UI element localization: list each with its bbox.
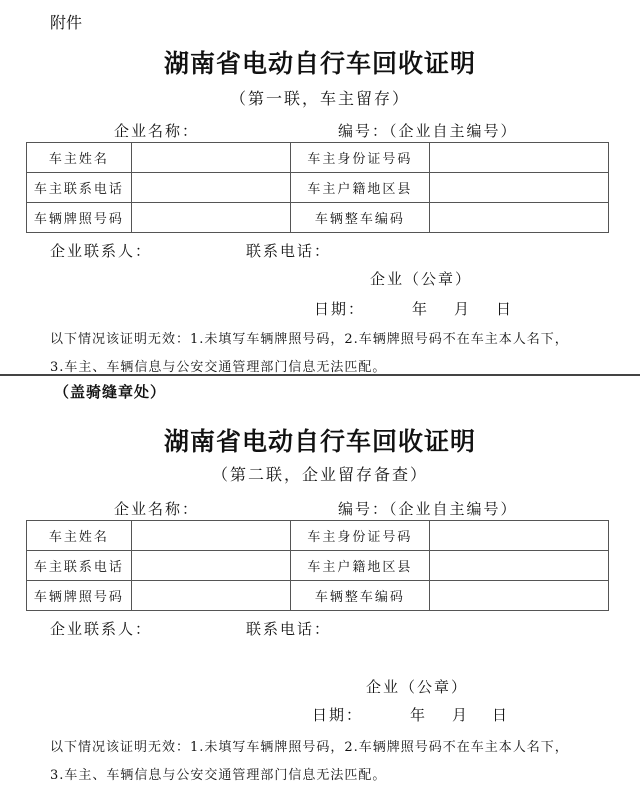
date-label-2: 日期： (312, 704, 363, 725)
owner-residence-field[interactable] (430, 173, 609, 203)
certificate-subtitle-1: （第一联，车主留存） (0, 86, 640, 109)
serial-number-label-2: 编号：（企业自主编号） (338, 498, 518, 519)
plate-number-label: 车辆牌照号码 (27, 581, 132, 611)
vehicle-info-table-2: 车主姓名 车主身份证号码 车主联系电话 车主户籍地区县 车辆牌照号码 车辆整车编… (26, 520, 609, 611)
owner-residence-label: 车主户籍地区县 (290, 551, 430, 581)
perforation-stamp-label: （盖骑缝章处） (54, 381, 166, 402)
contact-person-label-2: 企业联系人： (50, 618, 152, 639)
invalid-note-line1-1: 以下情况该证明无效：1.未填写车辆牌照号码，2.车辆牌照号码不在车主本人名下， (50, 328, 569, 347)
owner-id-field[interactable] (430, 521, 609, 551)
certificate-title-2: 湖南省电动自行车回收证明 (0, 422, 640, 458)
owner-id-label: 车主身份证号码 (290, 143, 430, 173)
table-row: 车主姓名 车主身份证号码 (27, 521, 609, 551)
contact-phone-label-2: 联系电话： (246, 618, 331, 639)
year-label-2: 年 (410, 704, 427, 725)
company-name-label-1: 企业名称： (114, 120, 199, 141)
owner-phone-label: 车主联系电话 (27, 173, 132, 203)
vehicle-code-label: 车辆整车编码 (290, 581, 430, 611)
company-seal-label-2: 企业（公章） (366, 676, 468, 697)
vehicle-code-label: 车辆整车编码 (290, 203, 430, 233)
vehicle-info-table-1: 车主姓名 车主身份证号码 车主联系电话 车主户籍地区县 车辆牌照号码 车辆整车编… (26, 142, 609, 233)
table-row: 车辆牌照号码 车辆整车编码 (27, 203, 609, 233)
owner-name-field[interactable] (131, 521, 290, 551)
owner-name-field[interactable] (131, 143, 290, 173)
invalid-note-line2-1: 3.车主、车辆信息与公安交通管理部门信息无法匹配。 (50, 356, 386, 375)
owner-residence-label: 车主户籍地区县 (290, 173, 430, 203)
perforation-line (0, 374, 640, 376)
attachment-label: 附件 (50, 10, 82, 33)
owner-name-label: 车主姓名 (27, 521, 132, 551)
date-label-1: 日期： (314, 298, 365, 319)
table-row: 车主联系电话 车主户籍地区县 (27, 173, 609, 203)
vehicle-code-field[interactable] (430, 581, 609, 611)
table-row: 车辆牌照号码 车辆整车编码 (27, 581, 609, 611)
owner-id-label: 车主身份证号码 (290, 521, 430, 551)
contact-phone-label-1: 联系电话： (246, 240, 331, 261)
plate-number-label: 车辆牌照号码 (27, 203, 132, 233)
month-label-2: 月 (452, 704, 469, 725)
owner-phone-field[interactable] (131, 551, 290, 581)
day-label-1: 日 (496, 298, 513, 319)
invalid-note-line1-2: 以下情况该证明无效：1.未填写车辆牌照号码，2.车辆牌照号码不在车主本人名下， (50, 736, 569, 755)
plate-number-field[interactable] (131, 581, 290, 611)
company-name-label-2: 企业名称： (114, 498, 199, 519)
day-label-2: 日 (492, 704, 509, 725)
invalid-note-line2-2: 3.车主、车辆信息与公安交通管理部门信息无法匹配。 (50, 764, 386, 783)
owner-phone-field[interactable] (131, 173, 290, 203)
certificate-subtitle-2: （第二联，企业留存备查） (0, 462, 640, 485)
contact-person-label-1: 企业联系人： (50, 240, 152, 261)
table-row: 车主联系电话 车主户籍地区县 (27, 551, 609, 581)
certificate-title-1: 湖南省电动自行车回收证明 (0, 44, 640, 80)
owner-residence-field[interactable] (430, 551, 609, 581)
month-label-1: 月 (454, 298, 471, 319)
plate-number-field[interactable] (131, 203, 290, 233)
company-seal-label-1: 企业（公章） (370, 268, 472, 289)
serial-number-label-1: 编号：（企业自主编号） (338, 120, 518, 141)
owner-name-label: 车主姓名 (27, 143, 132, 173)
table-row: 车主姓名 车主身份证号码 (27, 143, 609, 173)
vehicle-code-field[interactable] (430, 203, 609, 233)
owner-id-field[interactable] (430, 143, 609, 173)
owner-phone-label: 车主联系电话 (27, 551, 132, 581)
year-label-1: 年 (412, 298, 429, 319)
